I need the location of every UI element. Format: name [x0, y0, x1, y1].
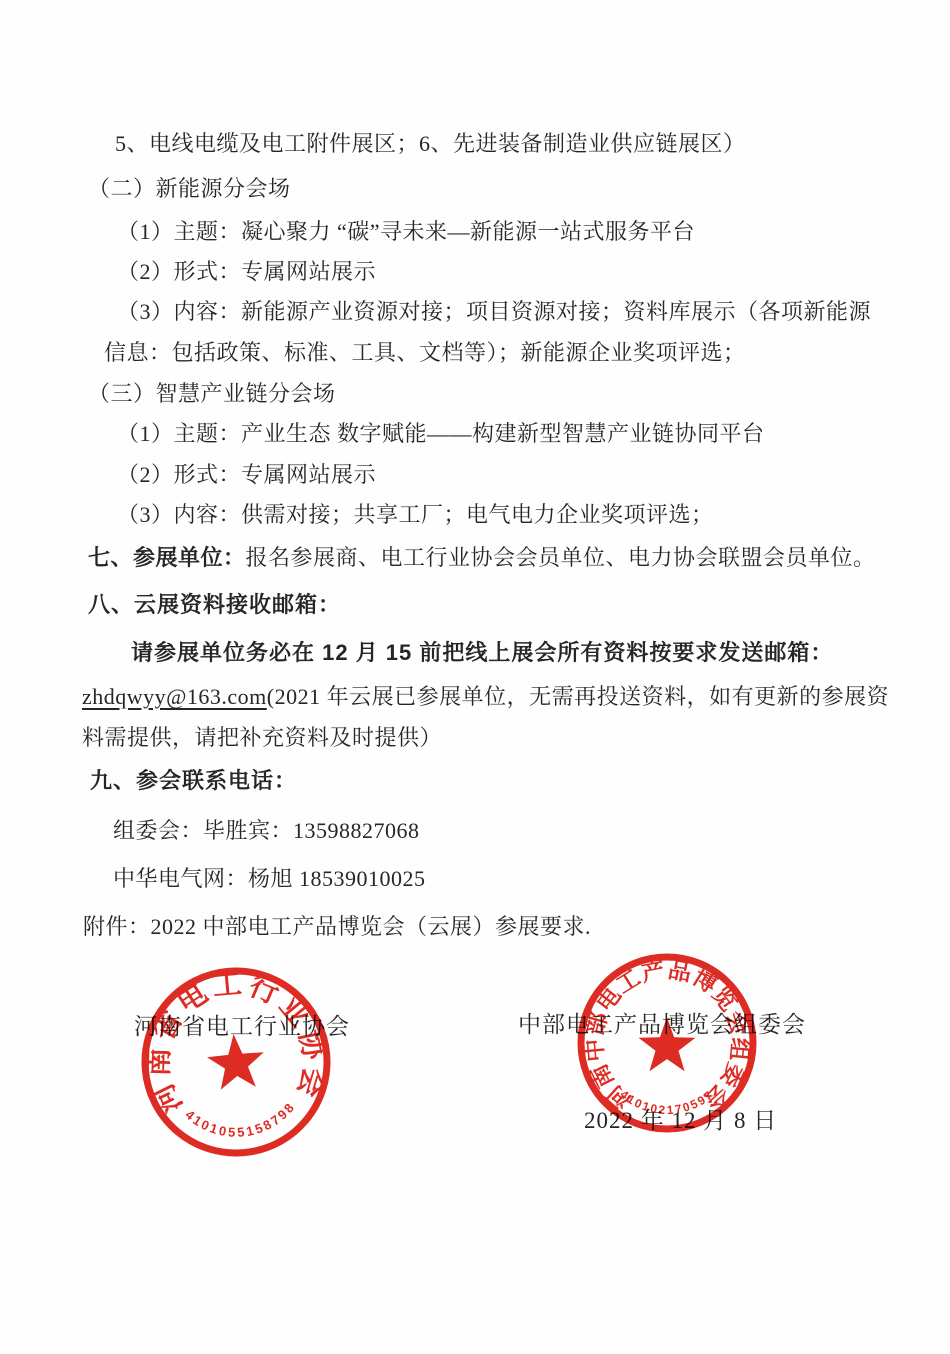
seal-right: 河南中部电工产品博览会组委会 410102170597	[572, 948, 762, 1138]
section3-theme: （1）主题：产业生态 数字赋能——构建新型智慧产业链协同平台	[117, 421, 765, 447]
section3-heading: （三）智慧产业链分会场	[88, 381, 336, 407]
seal-right-star-icon	[639, 1017, 696, 1071]
email-address: zhdqwyy@163.com	[82, 684, 267, 709]
email-line: zhdqwyy@163.com(2021 年云展已参展单位，无需再投送资料，如有…	[82, 684, 889, 710]
seal-left: 河南省电工行业协会 4101055158798	[128, 954, 345, 1171]
section3-form: （2）形式：专属网站展示	[117, 462, 376, 488]
email-note: (2021 年云展已参展单位，无需再投送资料，如有更新的参展资	[267, 684, 889, 709]
section2-heading: （二）新能源分会场	[88, 176, 291, 202]
section7-body: 报名参展商、电工行业协会会员单位、电力协会联盟会员单位。	[246, 545, 876, 570]
section9-heading: 九、参会联系电话：	[90, 768, 297, 794]
section7-line: 七、参展单位：报名参展商、电工行业协会会员单位、电力协会联盟会员单位。	[88, 545, 876, 571]
line-exhibit-zones: 5、电线电缆及电工附件展区；6、先进装备制造业供应链展区）	[115, 131, 746, 157]
section7-label: 七、参展单位：	[88, 545, 246, 570]
section2-theme: （1）主题：凝心聚力 “碳”寻未来—新能源一站式服务平台	[117, 219, 695, 245]
section3-content: （3）内容：供需对接；共享工厂；电气电力企业奖项评选；	[117, 502, 714, 528]
contact-committee: 组委会：毕胜宾：13598827068	[113, 818, 420, 844]
section8-notice: 请参展单位务必在 12 月 15 前把线上展会所有资料按要求发送邮箱：	[131, 640, 833, 666]
section2-form: （2）形式：专属网站展示	[117, 259, 376, 285]
document-page: 5、电线电缆及电工附件展区；6、先进装备制造业供应链展区） （二）新能源分会场 …	[0, 0, 950, 1354]
section2-content-cont: 信息：包括政策、标准、工具、文档等）；新能源企业奖项评选；	[104, 340, 746, 366]
section2-content: （3）内容：新能源产业资源对接；项目资源对接；资料库展示（各项新能源	[117, 299, 871, 325]
attachment-line: 附件：2022 中部电工产品博览会（云展）参展要求.	[83, 914, 591, 940]
email-note-cont: 料需提供，请把补充资料及时提供）	[82, 725, 442, 751]
contact-network: 中华电气网：杨旭 18539010025	[113, 866, 426, 892]
seal-left-star-icon	[205, 1032, 267, 1091]
section8-heading: 八、云展资料接收邮箱：	[88, 592, 341, 618]
seal-right-serial: 410102170597	[617, 1087, 716, 1117]
